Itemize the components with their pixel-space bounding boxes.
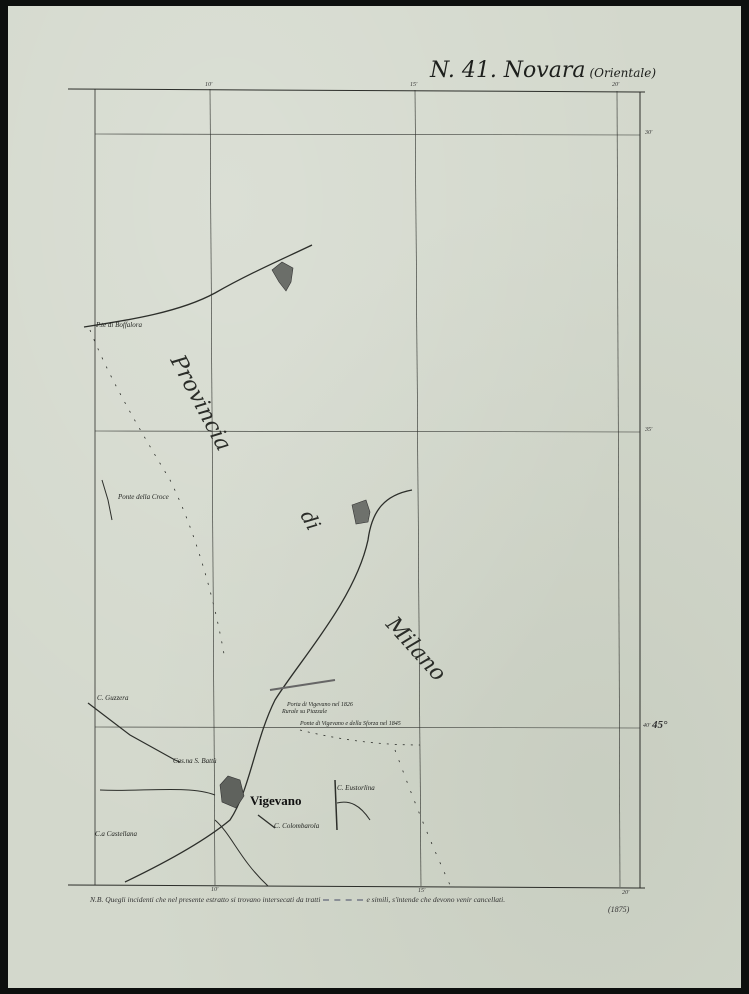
- title-subtitle: (Orientale): [589, 66, 656, 80]
- place-castellana: C.a Castellana: [95, 830, 137, 838]
- place-boffalora: P.te di Boffalora: [96, 321, 142, 329]
- tick-top-3: 20': [612, 82, 619, 88]
- svg-text:Milano: Milano: [380, 612, 451, 687]
- railway-north: [84, 245, 312, 327]
- footnote: N.B. Quegli incidenti che nel presente e…: [90, 895, 505, 904]
- frame-top: [68, 89, 645, 92]
- province-label: Provincia: [164, 350, 236, 455]
- place-colombarola: C. Colombarola: [274, 822, 319, 830]
- sheet-title: N. 41. Novara(Orientale): [430, 58, 656, 83]
- place-guzzera: C. Guzzera: [97, 694, 129, 702]
- latitude-label: 45°: [652, 719, 667, 731]
- place-ponte-sforza: Ponte di Vigevano e della Sforza nel 184…: [300, 721, 401, 727]
- settlement-north: [272, 262, 293, 291]
- svg-text:di: di: [296, 506, 326, 534]
- title-text: N. 41. Novara: [430, 58, 585, 83]
- settlement-middle: [352, 500, 370, 524]
- footnote-text-before: N.B. Quegli incidenti che nel presente e…: [90, 895, 320, 904]
- footnote-text-after: e simili, s'intende che devono venir can…: [366, 895, 505, 904]
- tick-bottom-3: 20': [622, 890, 629, 896]
- map-drawing: Provincia di Milano: [0, 0, 749, 994]
- tick-right-2: 35': [645, 427, 652, 433]
- sheet-year: (1875): [608, 905, 629, 914]
- tick-right-3: 40': [643, 723, 650, 729]
- tick-top-1: 10': [205, 82, 212, 88]
- place-vigevano: Vigevano: [250, 793, 302, 809]
- tick-bottom-2: 15': [418, 888, 425, 894]
- place-ponte-croce: Ponte della Croce: [118, 493, 169, 501]
- strike-sample: [323, 899, 363, 901]
- tick-top-2: 15': [410, 82, 417, 88]
- place-porta-vigevano-sub: Rurale su Piazzale: [282, 709, 327, 715]
- tick-bottom-1: 10': [211, 887, 218, 893]
- place-porta-vigevano: Porta di Vigevano nel 1826: [287, 702, 353, 708]
- place-battu: Cas.na S. Battù: [173, 757, 217, 765]
- settlement-vigevano: [220, 776, 244, 808]
- place-cascina: C. Eustorlina: [337, 784, 375, 792]
- frame-bottom: [68, 885, 645, 888]
- tick-right-1: 30': [645, 130, 652, 136]
